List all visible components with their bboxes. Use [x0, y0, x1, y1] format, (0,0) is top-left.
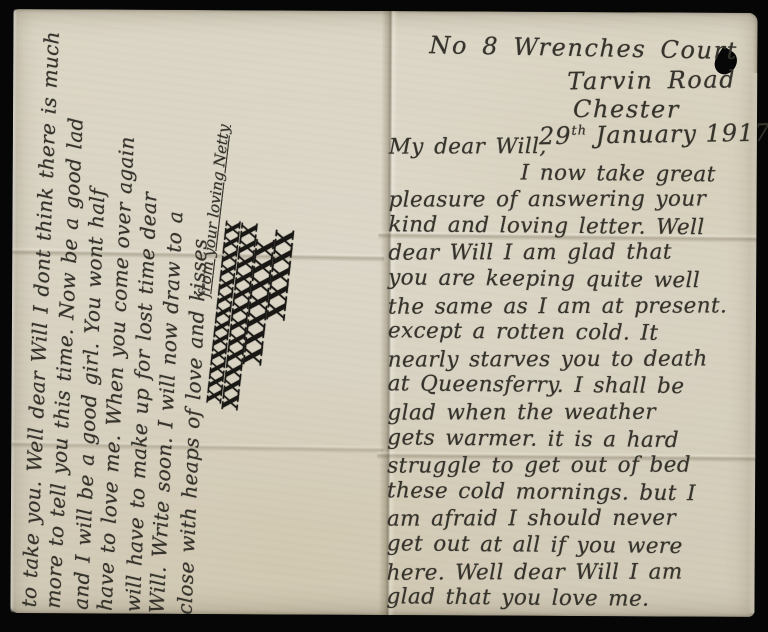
- letter-line: these cold mornings. but I: [387, 478, 755, 508]
- letter-line: kind and loving letter. Well: [388, 212, 756, 242]
- letter-line: except a rotten cold. It: [388, 318, 756, 348]
- letter-line: glad that you love me.: [386, 584, 754, 614]
- letter-line: glad when the weather: [387, 399, 755, 427]
- front-page: No 8 Wrenches Court Tarvin Road Chester …: [376, 21, 757, 617]
- letter-line: am afraid I should never: [387, 506, 755, 534]
- letter-line: get out at all if you were: [387, 531, 755, 561]
- back-page: to take you. Well dear Will I dont think…: [14, 15, 271, 608]
- letter-line: pleasure of answering your: [389, 187, 757, 215]
- letter-line: you are keeping quite well: [388, 265, 756, 295]
- photo-backdrop: to take you. Well dear Will I dont think…: [0, 0, 768, 632]
- front-page-text: My dear Will, I now take great pleasure …: [386, 133, 757, 614]
- address-line: Tarvin Road: [567, 65, 736, 95]
- letter-line: the same as I am at present.: [388, 293, 756, 321]
- letter-sheet: to take you. Well dear Will I dont think…: [10, 9, 757, 617]
- letter-line: I now take great: [389, 159, 757, 189]
- address-line: Chester: [573, 95, 680, 124]
- salutation: My dear Will,: [389, 133, 757, 161]
- letter-line: at Queensferry. I shall be: [387, 372, 755, 402]
- letter-line: struggle to get out of bed: [387, 452, 755, 480]
- letter-line: here. Well dear Will I am: [387, 559, 755, 587]
- letter-line: nearly starves you to death: [388, 346, 756, 374]
- letter-line: dear Will I am glad that: [388, 240, 756, 268]
- letter-line: gets warmer. it is a hard: [387, 425, 755, 455]
- back-page-text: to take you. Well dear Will I dont think…: [14, 15, 296, 618]
- address-line: No 8 Wrenches Court: [429, 31, 738, 65]
